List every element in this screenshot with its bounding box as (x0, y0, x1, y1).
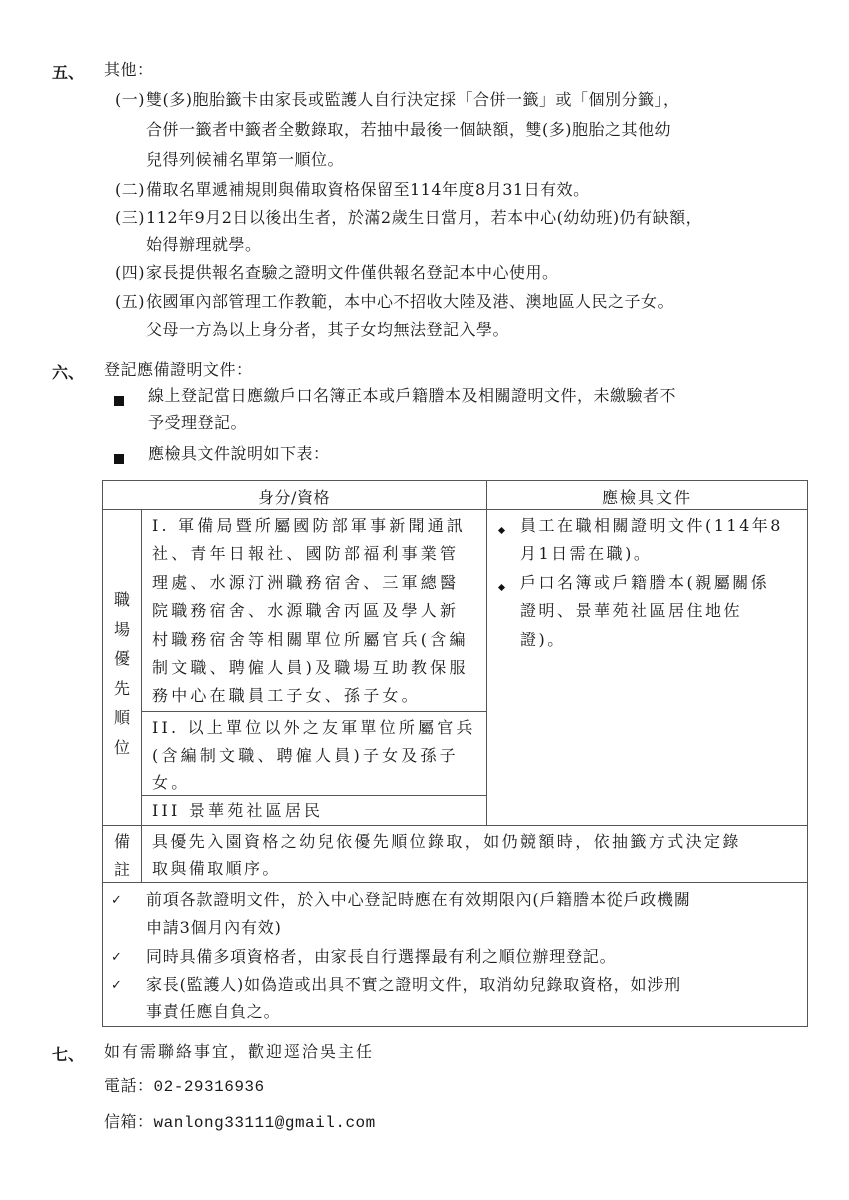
doc-line: 月1日需在職)。 (520, 540, 652, 569)
bullet-line: 線上登記當日應繳戶口名簿正本或戶籍謄本及相關證明文件，未繳驗者不 (148, 386, 676, 406)
section-6-number: 六、 (52, 360, 84, 383)
phone-label: 電話： (104, 1076, 154, 1095)
cell-line: II. 以上單位以外之友軍單位所屬官兵 (152, 714, 476, 743)
remark-label: 備註 (112, 828, 132, 884)
cell-line: I. 軍備局暨所屬國防部軍事新聞通訊 (152, 512, 466, 541)
doc-line: 證)。 (520, 626, 566, 655)
priority-label: 職場優先順位 (112, 585, 132, 762)
cell-line: 村職務宿舍等相關單位所屬官兵(含編 (152, 626, 469, 655)
item-label: (五) (115, 292, 145, 312)
note-line: 事責任應自負之。 (146, 998, 280, 1026)
bullet-line: 予受理登記。 (148, 413, 247, 433)
divider (141, 711, 486, 712)
phone-row: 電話：02-29316936 (104, 1076, 265, 1097)
email-link[interactable]: wanlong33111@gmail.com (154, 1114, 376, 1132)
cell-line: 理處、水源汀洲職務宿舍、三軍總醫 (152, 569, 459, 598)
divider (141, 795, 486, 796)
table-header-documents: 應檢具文件 (487, 488, 807, 508)
item-line: 家長提供報名查驗之證明文件僅供報名登記本中心使用。 (146, 263, 559, 283)
divider (102, 509, 808, 510)
section-6-title: 登記應備證明文件： (104, 360, 253, 380)
cell-line: 務中心在職員工子女、孫子女。 (152, 682, 421, 711)
cell-line: 制文職、聘僱人員)及職場互助教保服 (152, 654, 469, 683)
item-line: 始得辦理就學。 (146, 235, 262, 255)
item-label: (二) (115, 180, 145, 200)
square-bullet-icon (114, 391, 124, 410)
item-label: (三) (115, 208, 145, 228)
doc-line: 戶口名簿或戶籍謄本(親屬關係 (520, 569, 769, 598)
item-line: 依國軍內部管理工作教範，本中心不招收大陸及港、澳地區人民之子女。 (146, 292, 674, 312)
diamond-bullet-icon (499, 579, 518, 598)
divider (141, 509, 142, 882)
item-line: 兒得列候補名單第一順位。 (146, 150, 344, 170)
item-label: (一) (115, 90, 145, 110)
note-line: 同時具備多項資格者，由家長自行選擇最有利之順位辦理登記。 (146, 943, 616, 971)
note-line: 申請3個月內有效) (146, 914, 282, 942)
doc-line: 證明、景華苑社區居住地佐 (520, 597, 742, 626)
divider (486, 480, 487, 826)
note-line: 前項各款證明文件，於入中心登記時應在有效期限內(戶籍謄本從戶政機關 (146, 886, 691, 914)
square-bullet-icon (114, 449, 124, 468)
remark-line: 取與備取順序。 (152, 855, 281, 884)
cell-line: 院職務宿舍、水源職舍丙區及學人新 (152, 597, 459, 626)
phone-number: 02-29316936 (154, 1078, 265, 1096)
check-icon: ✓ (111, 978, 122, 993)
item-line: 父母一方為以上身分者，其子女均無法登記入學。 (146, 320, 509, 340)
item-line: 112年9月2日以後出生者，於滿2歲生日當月，若本中心(幼幼班)仍有缺額， (146, 208, 702, 228)
check-icon: ✓ (111, 950, 122, 965)
email-row: 信箱：wanlong33111@gmail.com (104, 1112, 376, 1133)
check-icon: ✓ (111, 893, 122, 908)
email-label: 信箱： (104, 1112, 154, 1131)
item-line: 備取名單遞補規則與備取資格保留至114年度8月31日有效。 (146, 180, 590, 200)
cell-line: (含編制文職、聘僱人員)子女及孫子 (152, 742, 459, 771)
cell-line: 社、青年日報社、國防部福利事業管 (152, 540, 459, 569)
section-7-number: 七、 (52, 1042, 84, 1065)
bullet-line: 應檢具文件說明如下表： (148, 444, 330, 464)
item-label: (四) (115, 263, 145, 283)
doc-line: 員工在職相關證明文件(114年8 (520, 512, 783, 541)
diamond-bullet-icon (499, 522, 518, 541)
remark-line: 具優先入園資格之幼兒依優先順位錄取，如仍競額時，依抽籤方式決定錄 (152, 828, 741, 857)
cell-line: III 景華苑社區居民 (152, 797, 323, 826)
item-line: 合併一籤者中籤者全數錄取，若抽中最後一個缺額，雙(多)胞胎之其他幼 (146, 120, 671, 140)
item-line: 雙(多)胞胎籤卡由家長或監護人自行決定採「合併一籤」或「個別分籤」， (146, 90, 680, 110)
cell-line: 女。 (152, 769, 190, 798)
section-5-title: 其他： (104, 60, 154, 80)
table-header-qualification: 身分/資格 (102, 488, 486, 508)
section-7-title: 如有需聯絡事宜，歡迎逕洽吳主任 (104, 1042, 374, 1062)
note-line: 家長(監護人)如偽造或出具不實之證明文件，取消幼兒錄取資格，如涉刑 (146, 971, 681, 999)
section-5-number: 五、 (52, 60, 84, 83)
